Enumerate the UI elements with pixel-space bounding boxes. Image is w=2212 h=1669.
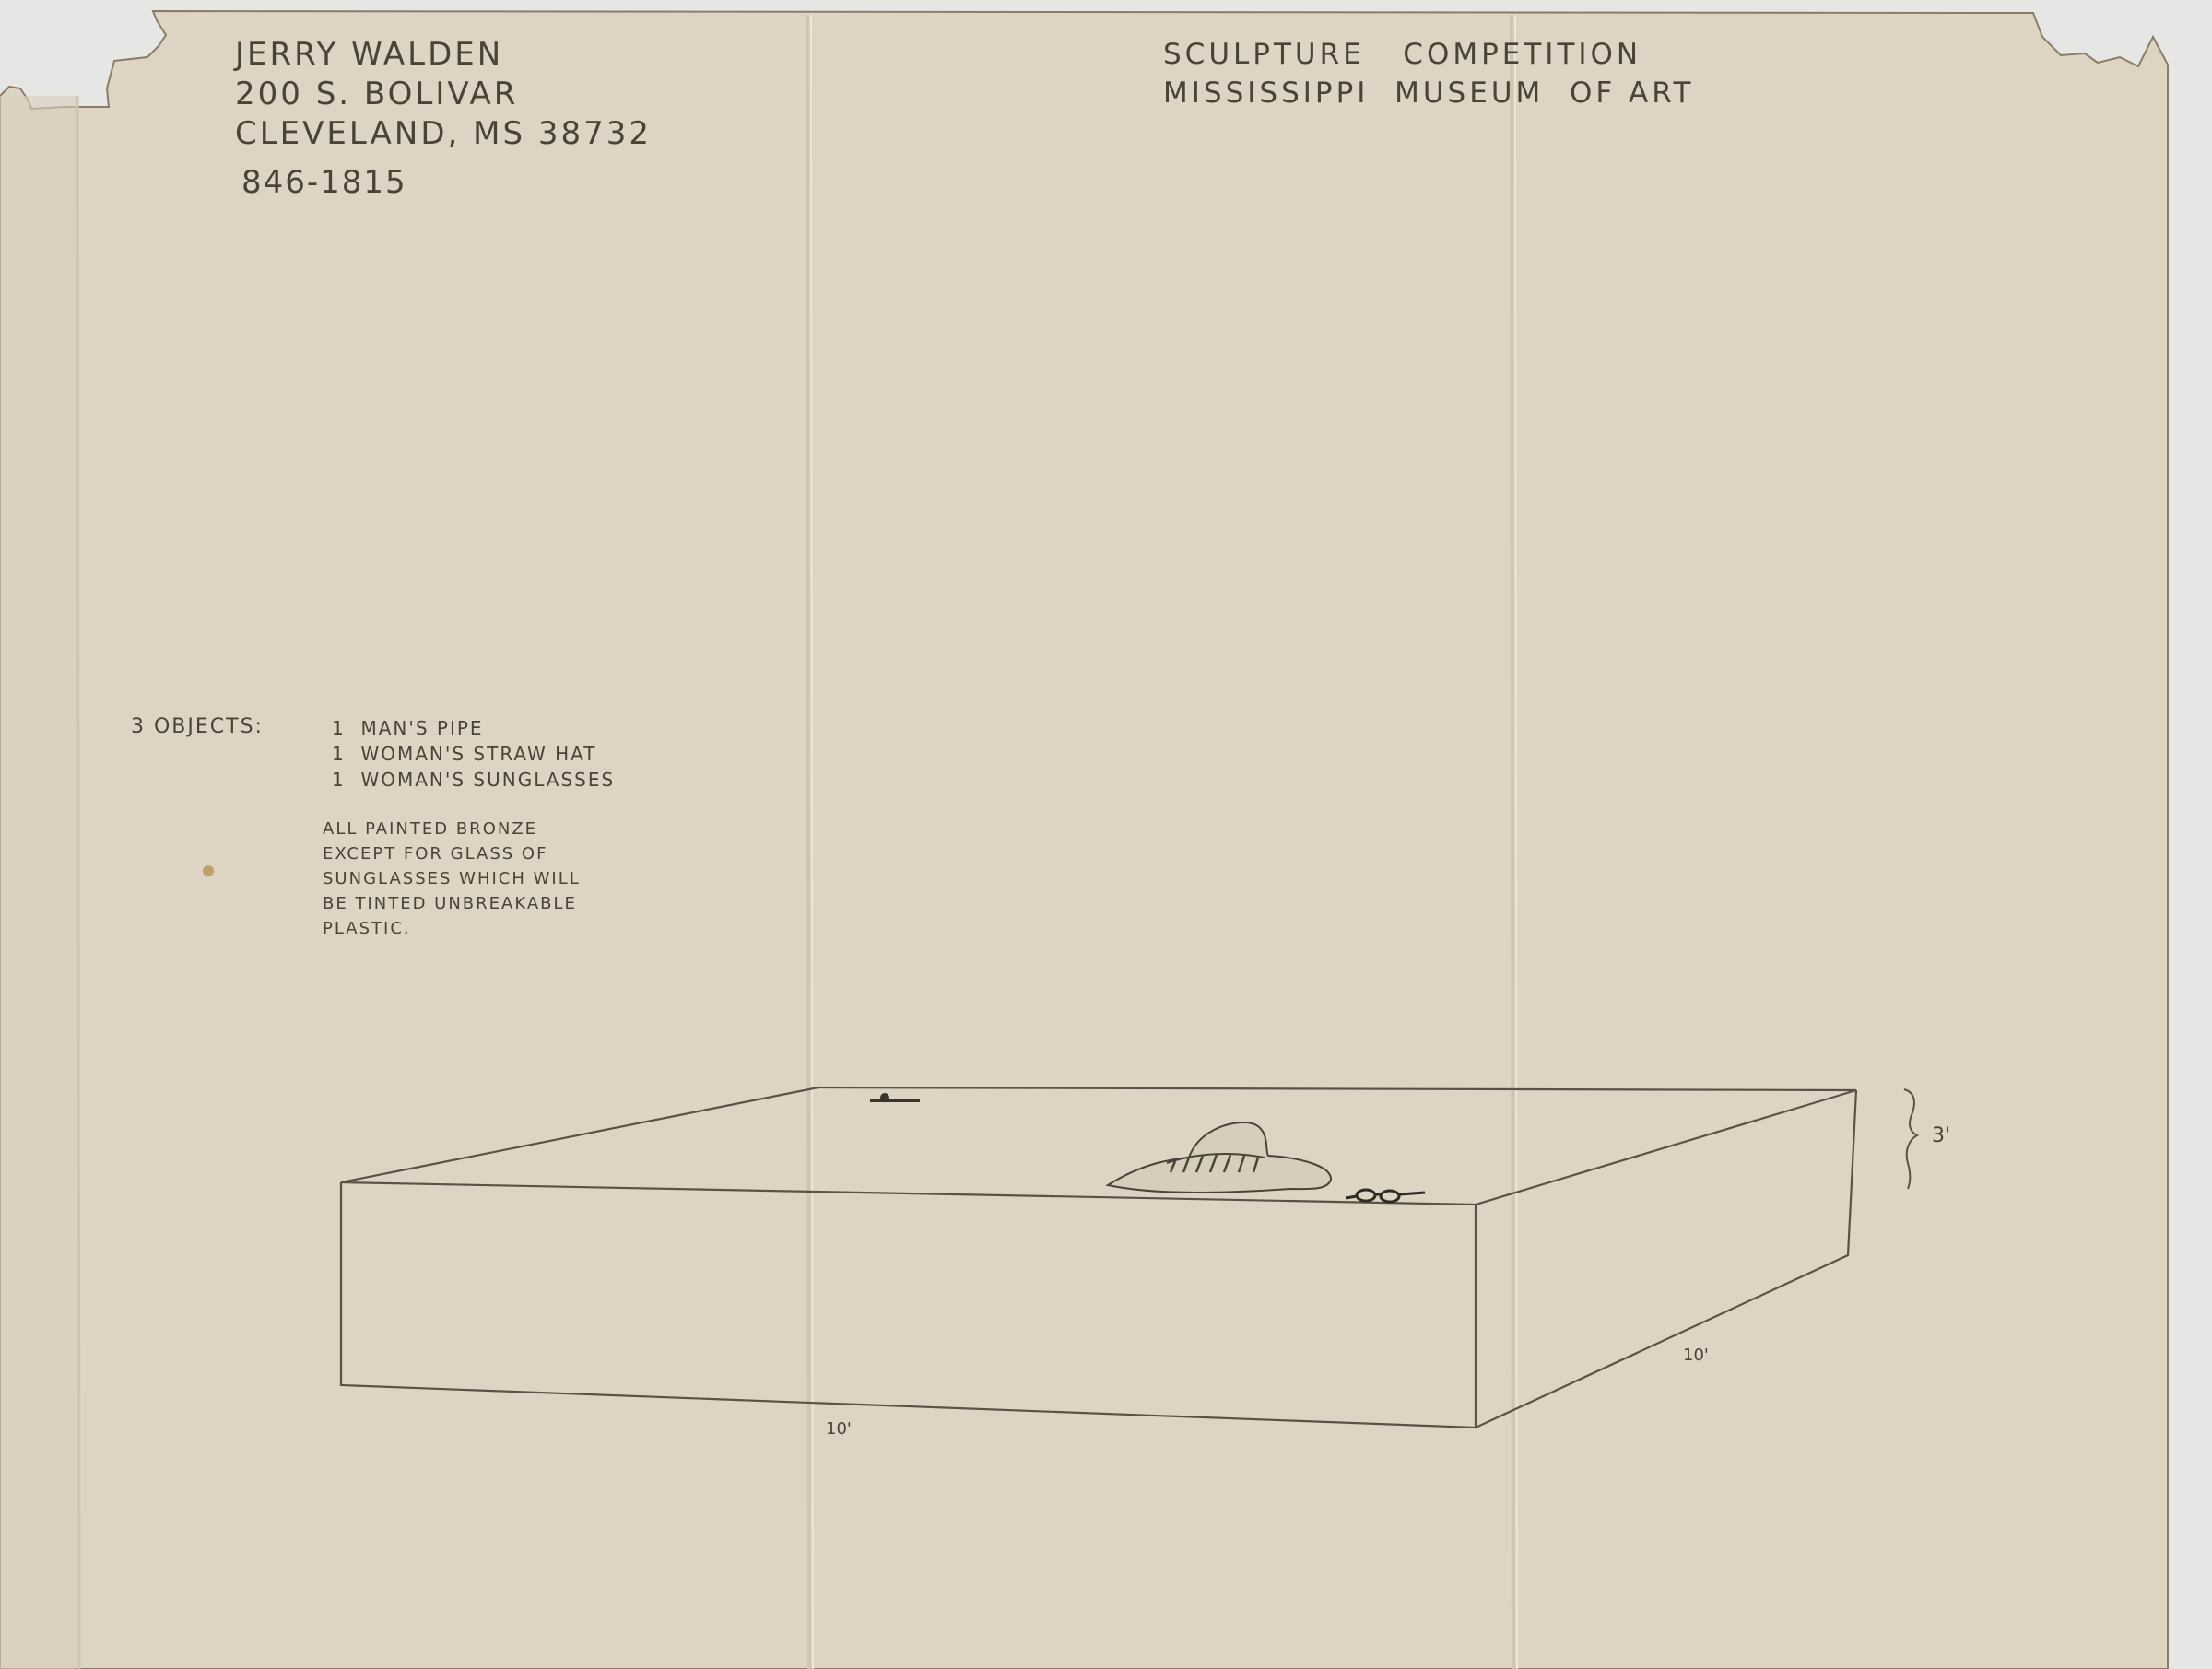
note-line: ALL PAINTED BRONZE xyxy=(323,817,581,841)
objects-list: 1 MAN'S PIPE 1 WOMAN'S STRAW HAT 1 WOMAN… xyxy=(332,715,615,793)
heading-line-1: SCULPTURE COMPETITION xyxy=(1163,35,1694,74)
stain xyxy=(203,865,214,876)
sender-address: JERRY WALDEN 200 S. BOLIVAR CLEVELAND, M… xyxy=(235,35,652,154)
note-line: PLASTIC. xyxy=(323,916,581,941)
note-line: SUNGLASSES WHICH WILL xyxy=(323,866,581,891)
heading-line-2: MISSISSIPPI MUSEUM OF ART xyxy=(1163,74,1694,112)
dimension-depth: 10' xyxy=(1683,1346,1709,1365)
sender-city: CLEVELAND, MS 38732 xyxy=(235,114,652,154)
competition-heading: SCULPTURE COMPETITION MISSISSIPPI MUSEUM… xyxy=(1163,35,1694,112)
sender-street: 200 S. BOLIVAR xyxy=(235,75,652,114)
paper-sheet: JERRY WALDEN 200 S. BOLIVAR CLEVELAND, M… xyxy=(0,0,2212,1669)
sender-name: JERRY WALDEN xyxy=(235,35,652,75)
object-item: 1 MAN'S PIPE xyxy=(332,715,615,741)
dimension-width: 10' xyxy=(826,1419,852,1439)
note-line: EXCEPT FOR GLASS OF xyxy=(323,841,581,866)
object-item: 1 WOMAN'S STRAW HAT xyxy=(332,741,615,767)
object-item: 1 WOMAN'S SUNGLASSES xyxy=(332,767,615,793)
objects-label: 3 OBJECTS: xyxy=(131,715,264,738)
fold-line xyxy=(807,15,809,1669)
note-line: BE TINTED UNBREAKABLE xyxy=(323,891,581,916)
dimension-height: 3' xyxy=(1932,1124,1950,1147)
fold-line xyxy=(1512,15,1513,1669)
material-notes: ALL PAINTED BRONZE EXCEPT FOR GLASS OF S… xyxy=(323,817,581,941)
sender-phone: 846-1815 xyxy=(241,164,407,201)
